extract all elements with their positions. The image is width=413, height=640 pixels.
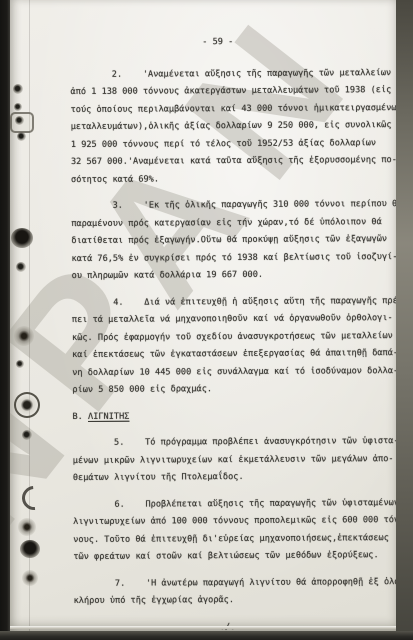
paragraph: 6. Προβλέπεται αὔξησις τῆς παραγωγῆς τῶν…	[73, 494, 397, 566]
binder-hole	[17, 132, 26, 141]
binder-hole	[14, 103, 22, 111]
binder-hole	[11, 228, 33, 248]
section-letter: Β.	[72, 411, 88, 421]
scan-edge-bottom	[0, 631, 413, 640]
section-title: ΛΙΓΝΙΤΗΣ	[88, 411, 129, 421]
binder-hole	[16, 262, 26, 272]
scanned-document-page: ΝΡΑΝ - 59 - 2. 'Αναμένεται αὔξησις τῆς π…	[0, 0, 413, 640]
binder-hole	[22, 430, 32, 440]
scan-edge-right	[396, 0, 413, 640]
paragraph: 4. Διά νά ἐπιτευχθῇ ἡ αὔξησις αὕτη τῆς π…	[72, 292, 397, 399]
paper-bottom-edge	[10, 626, 397, 629]
paper-crease	[29, 0, 30, 632]
scan-edge-left	[0, 0, 10, 640]
binder-hole	[14, 326, 34, 346]
section-heading-lignite: Β. ΛΙΓΝΙΤΗΣ	[72, 406, 397, 426]
paragraphs-mining-section: 2. 'Αναμένεται αὔξησις τῆς παραγωγῆς τῶν…	[70, 64, 397, 399]
paragraph: 2. 'Αναμένεται αὔξησις τῆς παραγωγῆς τῶν…	[70, 64, 397, 189]
binder-hole	[16, 360, 24, 368]
paragraph: 3. 'Εκ τῆς ὁλικῆς παραγωγῆς 310 000 τόνν…	[71, 196, 397, 286]
paper-sheet: ΝΡΑΝ - 59 - 2. 'Αναμένεται αὔξησις τῆς π…	[10, 0, 397, 632]
binder-hole	[13, 84, 23, 94]
paragraphs-lignite-section: 5. Τό πρόγραμμα προβλέπει ἀνασυγκρότησιν…	[73, 433, 397, 611]
binder-hole	[18, 518, 36, 536]
binder-hole	[22, 570, 38, 586]
binder-hole	[14, 392, 40, 418]
ink-blob	[20, 540, 40, 558]
typewritten-text: - 59 - 2. 'Αναμένεται αὔξησις τῆς παραγω…	[70, 33, 397, 632]
paragraph: 5. Τό πρόγραμμα προβλέπει ἀνασυγκρότησιν…	[73, 433, 397, 488]
paragraph: 7. 'Η ἀνωτέρω παραγωγή λιγνίτου θά ἀπορρ…	[73, 573, 397, 610]
binder-hole	[15, 116, 24, 125]
continuation-mark: ./.	[74, 617, 397, 632]
page-number: - 59 -	[70, 33, 397, 53]
